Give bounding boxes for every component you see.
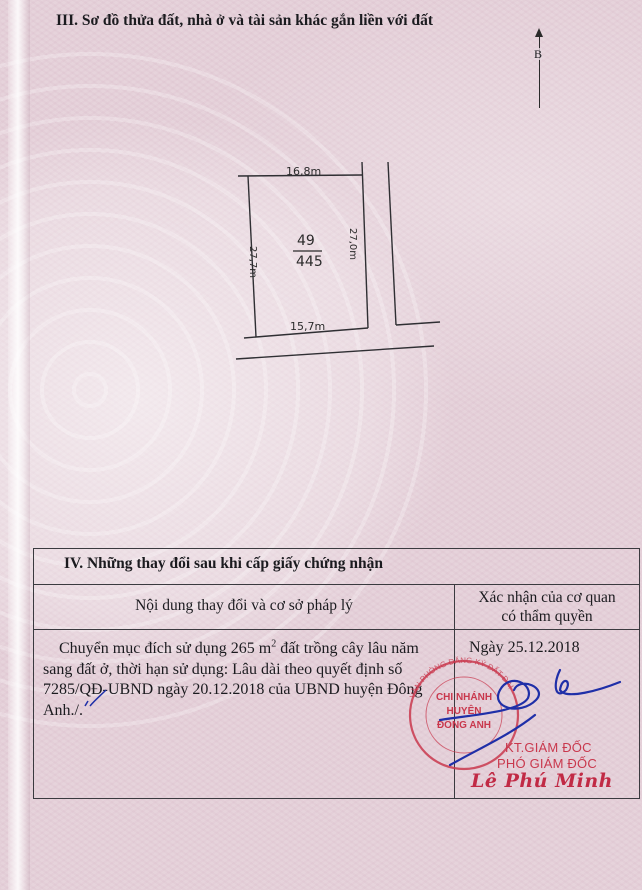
left-edge-length: 27,7m	[247, 246, 258, 278]
top-edge-length: 16,8m	[286, 165, 321, 178]
land-parcel-diagram: 16,8m 15,7m 27,7m 27,0m 49 445	[0, 0, 642, 420]
header-confirmation-line1: Xác nhận của cơ quan	[455, 588, 639, 607]
change-line-2: sang đất ở, thời hạn sử dụng: Lâu dài th…	[43, 660, 448, 681]
signer-title-1: KT.GIÁM ĐỐC	[505, 740, 592, 755]
change-line-1: Chuyển mục đích sử dụng 265 m2 đất trồng…	[43, 639, 448, 660]
signer-title-2: PHÓ GIÁM ĐỐC	[497, 756, 597, 771]
table-header-row: Nội dung thay đổi và cơ sở pháp lý Xác n…	[34, 585, 639, 630]
parcel-number: 49	[297, 233, 315, 249]
header-confirmation: Xác nhận của cơ quan có thẩm quyền	[455, 585, 639, 629]
parcel-area: 445	[296, 254, 323, 270]
change-description: Chuyển mục đích sử dụng 265 m2 đất trồng…	[34, 630, 455, 798]
signer-name: Lê Phú Minh	[471, 770, 613, 792]
bottom-edge-length: 15,7m	[290, 320, 325, 333]
section-4-title: IV. Những thay đổi sau khi cấp giấy chứn…	[34, 549, 639, 585]
right-edge-length: 27,0m	[347, 228, 358, 260]
header-confirmation-line2: có thẩm quyền	[455, 607, 639, 626]
change-line-4: Anh./.	[43, 701, 448, 722]
change-line-3: 7285/QĐ-UBND ngày 20.12.2018 của UBND hu…	[43, 680, 448, 701]
header-change-content: Nội dung thay đổi và cơ sở pháp lý	[34, 585, 455, 629]
